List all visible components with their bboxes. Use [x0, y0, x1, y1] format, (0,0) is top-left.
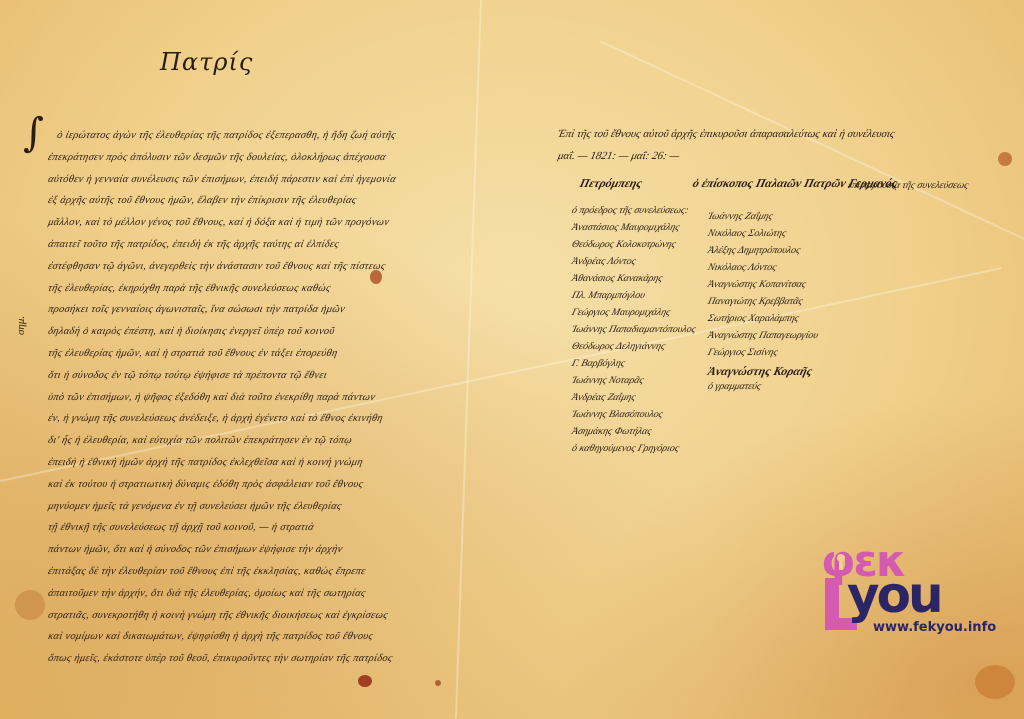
logo-text-bottom: you — [847, 566, 941, 624]
manuscript-line: ἐπειδὴ ἡ ἐθνικὴ ἡμῶν ἀρχὴ τῆς πατρίδος ἐ… — [47, 457, 470, 469]
manuscript-line: προσήκει τοῖς γενναίοις ἀγωνισταῖς, ἵνα … — [47, 304, 470, 316]
manuscript-line: τῇ ἐθνικῇ τῆς συνελεύσεως τῇ ἀρχῇ τοῦ κο… — [47, 522, 470, 534]
manuscript-line: καὶ ἐκ τούτου ἡ στρατιωτικὴ δύναμις ἐδόθ… — [47, 479, 470, 491]
manuscript-line: στρατιᾶς, συνεκροτήθη ἡ κοινὴ γνώμη τῆς … — [47, 610, 470, 622]
signature: Νικόλαος Σολιώτης — [707, 228, 788, 239]
signature: Ἰωάννης Νοταρᾶς — [571, 375, 645, 386]
manuscript-line: ὅπως ἡμεῖς, ἐκάστοτε ὑπὲρ τοῦ θεοῦ, ἐπικ… — [47, 653, 470, 665]
signature: Θεόδωρος Δεληγιάννης — [571, 341, 667, 352]
logo-url-link[interactable]: www.fekyou.info — [873, 620, 996, 635]
ink-stain — [358, 675, 372, 687]
signature: Παναγιώτης Κρεββατᾶς — [707, 296, 804, 307]
manuscript-line: καὶ νομίμων καὶ δικαιωμάτων, ἐψηφίσθη ἡ … — [47, 631, 470, 643]
manuscript-line: ἀπαιτεῖ τοῦτο τῆς πατρίδος, ἐπειδὴ ἐκ τῆ… — [47, 239, 470, 251]
signature: Ἰωάννης Παπαδιαμαντόπουλος — [571, 324, 697, 335]
manuscript-line: ὅτι ἡ σύνοδος ἐν τῷ τόπῳ τούτῳ ἐψήφισε τ… — [47, 370, 470, 382]
signature: Πετρόμπεης — [578, 176, 644, 191]
signature: Νικόλαος Λόντος — [707, 262, 778, 273]
signature: Ἀλέξης Δημητρόπουλος — [707, 245, 802, 256]
signature: ὁ καθηγούμενος Γρηγόριος — [571, 443, 681, 454]
signature: Ἀναστάσιος Μαυρομιχάλης — [571, 222, 681, 233]
manuscript-line: πάντων ἡμῶν, ὅτι καὶ ἡ σύνοδος τῶν ἐπισή… — [47, 544, 470, 556]
margin-brace: ∫ — [23, 110, 44, 156]
manuscript-line: ἐπιτάξας δὲ τὴν ἐλευθερίαν τοῦ ἔθνους ἐπ… — [47, 566, 470, 578]
signature: Ἰωάννης Ζαΐμης — [707, 211, 774, 222]
manuscript-line: δηλαδὴ ὁ καιρὸς ἐπέστη, καὶ ἡ διοίκησις … — [47, 326, 470, 338]
signature: Ἀνδρέας Λόντος — [571, 256, 637, 267]
signature: Γεώργιος Σισίνης — [707, 347, 779, 358]
signature: ὁ γραμματεύς — [707, 381, 763, 392]
manuscript-line: ἀπαιτοῦμεν τὴν ἀρχήν, ὅτι διὰ τῆς ἐλευθε… — [47, 588, 470, 600]
signature: Ἀσημάκης Φωτήλας — [571, 426, 653, 437]
manuscript-line: ὑπὸ τῶν ἐπισήμων, ἡ ψῆφος ἐξεδόθη καὶ δι… — [47, 392, 470, 404]
date-line: μαΐ. — 1821: — μαΐ: 26: — — [557, 150, 681, 162]
ink-stain — [435, 680, 441, 686]
manuscript-right-page: Ἐπὶ τῆς τοῦ ἔθνους αὐτοῦ ἀρχῆς ἐπικυροῦσ… — [558, 128, 1008, 448]
signature: Πλ. Μπαρμπόγλου — [571, 290, 647, 301]
manuscript-line: τῆς ἐλευθερίας ἡμῶν, καὶ ἡ στρατιὰ τοῦ ἔ… — [47, 348, 470, 360]
signature: ὁ ἐπίσκοπος Παλαιῶν Πατρῶν Γερμανός — [691, 176, 899, 191]
signature: Ἀναγνώστης Κοραῆς — [706, 364, 814, 379]
manuscript-line: ὁ ἱερώτατος ἀγὼν τῆς ἐλευθερίας τῆς πατρ… — [56, 130, 479, 142]
signature: Ἀθανάσιος Κανακάρης — [571, 273, 664, 284]
signature: Ἰωάννης Βλασόπουλος — [571, 409, 664, 420]
signature: Γ. Βαρβόγλης — [571, 358, 627, 369]
margin-note: σημ. — [15, 316, 27, 335]
signature: Γεώργιος Μαυρομιχάλης — [571, 307, 672, 318]
manuscript-line: ἐξ ἀρχῆς αὐτῆς τοῦ ἔθνους ἡμῶν, ἔλαβεν τ… — [47, 195, 470, 207]
water-stain — [975, 665, 1015, 699]
manuscript-line: μᾶλλον, καὶ τὸ μέλλον γένος τοῦ ἔθνους, … — [47, 217, 470, 229]
keyhole-icon-tail — [839, 560, 843, 570]
manuscript-line: δι' ἧς ἡ ἐλευθερία, καὶ εὐτυχία τῶν πολι… — [47, 435, 470, 447]
manuscript-line: ἐπεκράτησεν πρὸς ἀπόλυσιν τῶν δεσμῶν τῆς… — [47, 152, 470, 164]
signature: Ἀναγνώστης Κοπανίτσας — [707, 279, 808, 290]
manuscript-line: μηνύομεν ἡμεῖς τὰ γενόμενα ἐν τῇ συνελεύ… — [47, 501, 470, 513]
signature: Ἀναγνώστης Παπαγεωργίου — [707, 330, 820, 341]
manuscript-line: ἐν, ἡ γνώμη τῆς συνελεύσεως ἀνέδειξε, ἡ … — [47, 413, 470, 425]
signature: ὁ πρόεδρος τῆς συνελεύσεως: — [571, 205, 690, 216]
manuscript-line: τῆς ἐλευθερίας, ἐκηρύχθη παρὰ τῆς ἐθνικῆ… — [47, 283, 470, 295]
fekyou-logo[interactable]: φεκ you www.fekyou.info — [803, 540, 1003, 650]
manuscript-line: αὐτόθεν ἡ γενναία συνέλευσις τῶν ἐπισήμω… — [47, 174, 470, 186]
signature: Ἀνδρέας Ζαΐμης — [571, 392, 637, 403]
page-title: Πατρίς — [160, 48, 253, 76]
manuscript-left-page: Πατρίς ∫ σημ. ὁ ἱερώτατος ἀγὼν τῆς ἐλευθ… — [15, 40, 475, 660]
signature: Θεόδωρος Κολοκοτρώνης — [571, 239, 677, 250]
header-line: Ἐπὶ τῆς τοῦ ἔθνους αὐτοῦ ἀρχῆς ἐπικυροῦσ… — [557, 128, 896, 140]
manuscript-line: ἐστέφθησαν τῷ ἀγῶνι, ἀνεγερθεὶς τὴν ἀνάσ… — [47, 261, 470, 273]
signature: Σωτήριος Χαραλάμπης — [707, 313, 800, 324]
